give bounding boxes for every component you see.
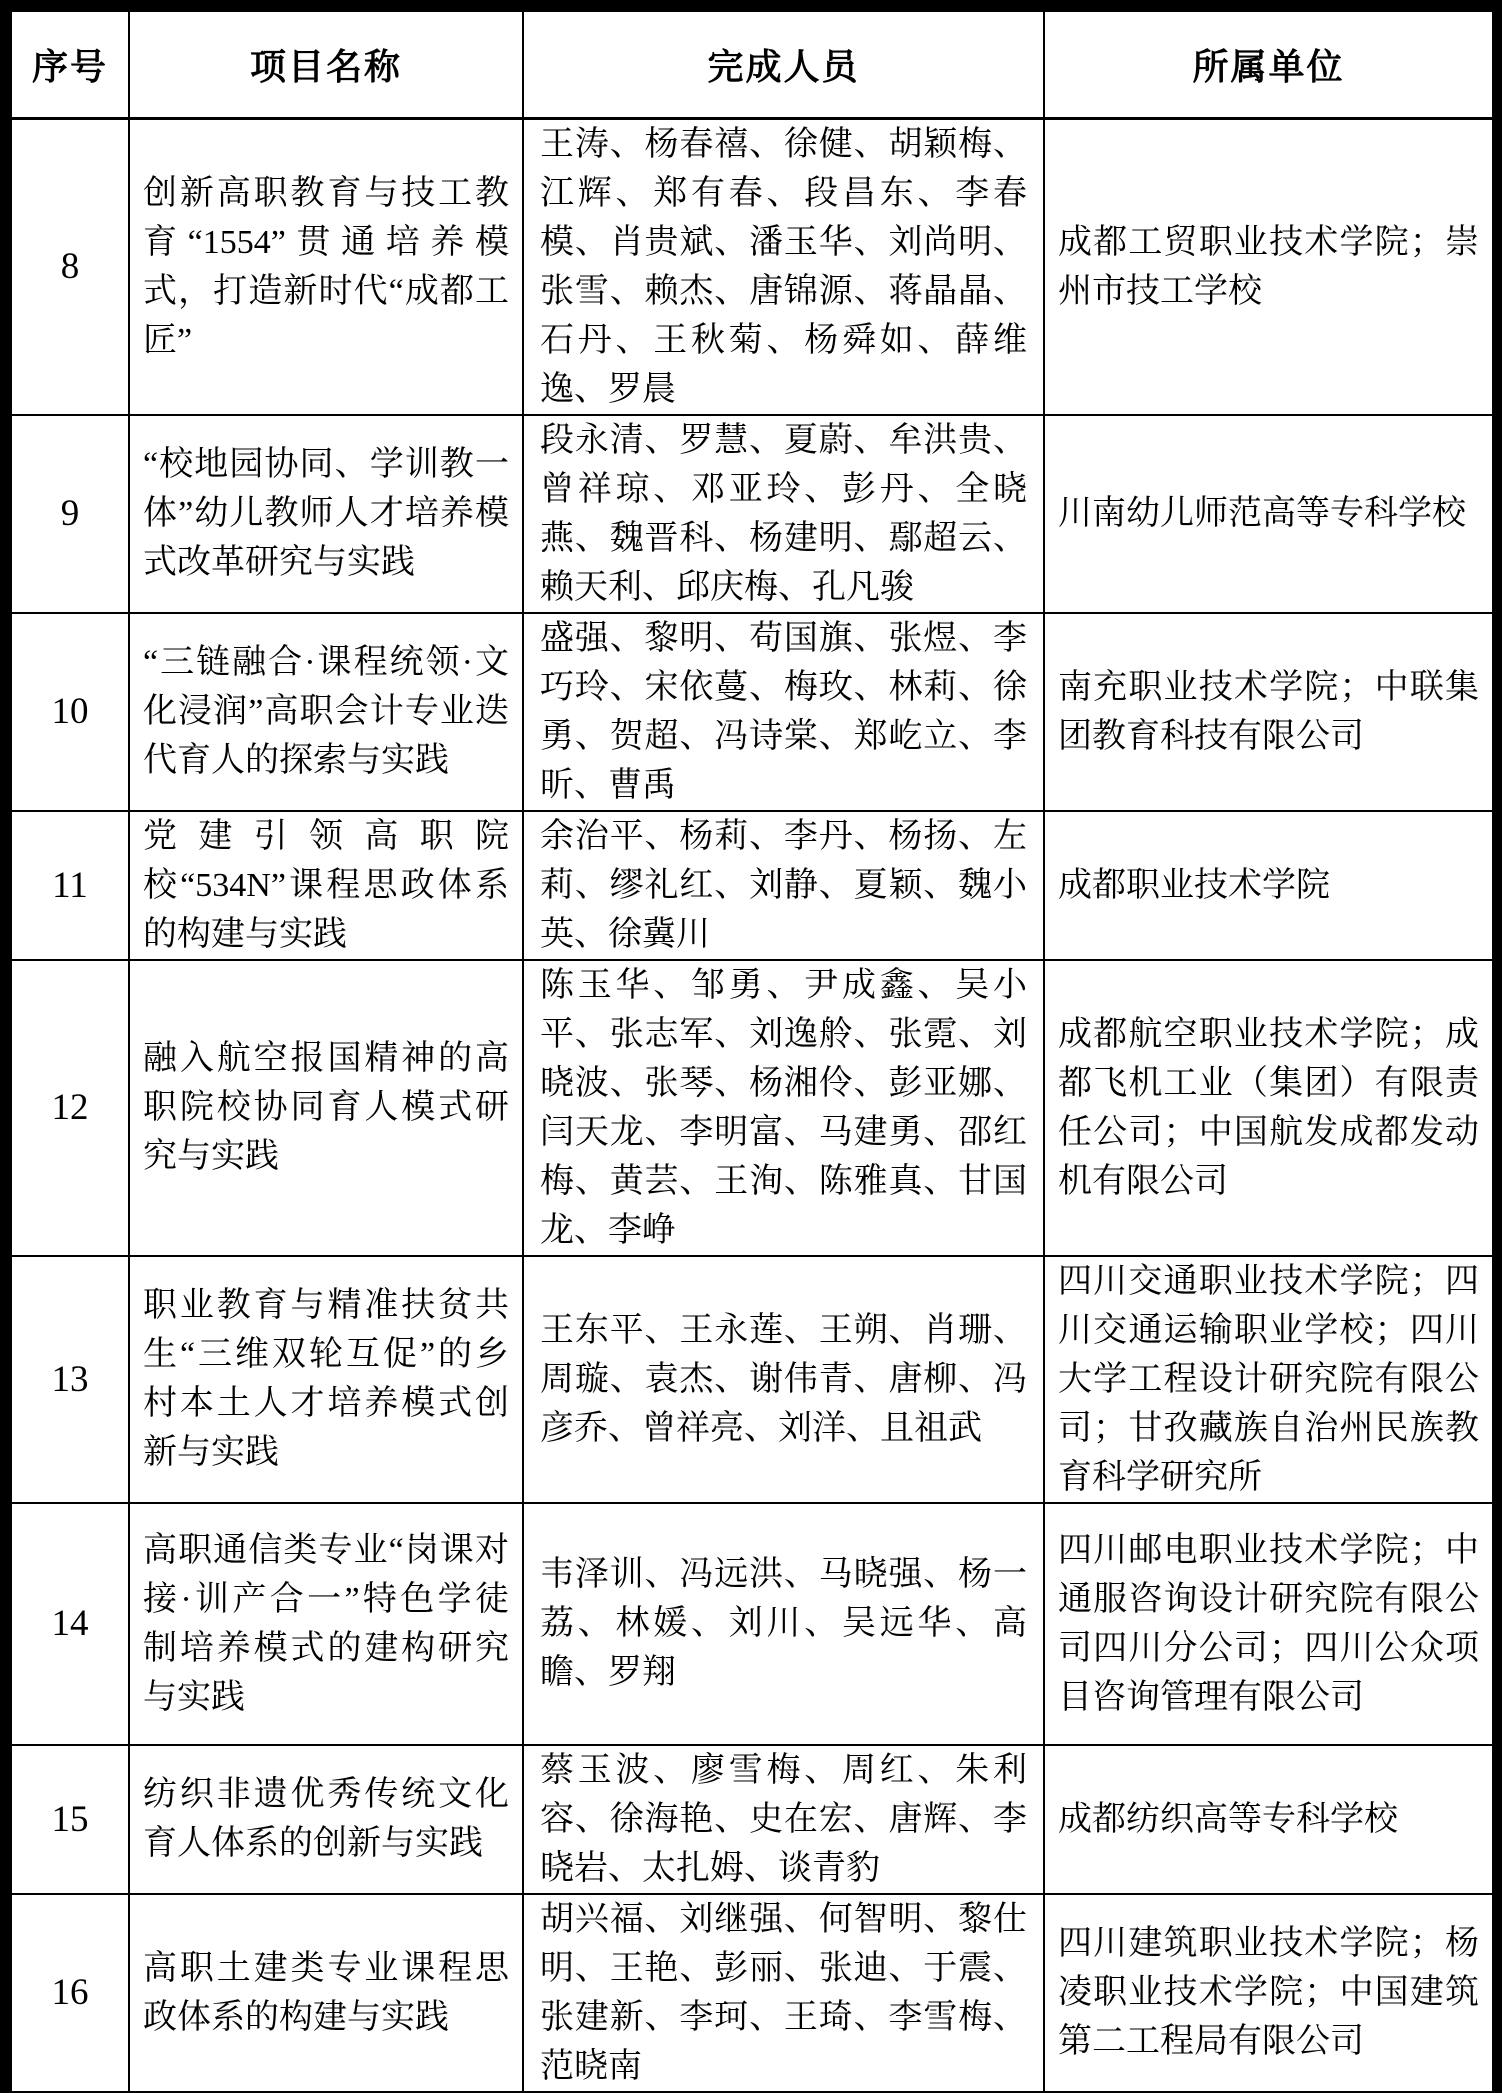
project-unit: 南充职业技术学院；中联集团教育科技有限公司 bbox=[1044, 613, 1493, 811]
project-members: 段永清、罗慧、夏蔚、牟洪贵、曾祥琼、邓亚玲、彭丹、全晓燕、魏晋科、杨建明、鄢超云… bbox=[523, 415, 1044, 613]
project-unit: 四川建筑职业技术学院；杨凌职业技术学院；中国建筑第二工程局有限公司 bbox=[1044, 1894, 1493, 2092]
col-header-project-name: 项目名称 bbox=[129, 11, 523, 118]
project-members: 陈玉华、邹勇、尹成鑫、吴小平、张志军、刘逸舲、张霓、刘晓波、张琴、杨湘伶、彭亚娜… bbox=[523, 960, 1044, 1256]
document-page: 序号 项目名称 完成人员 所属单位 8 创新高职教育与技工教育“1554”贯通培… bbox=[10, 10, 1492, 2054]
project-members: 余治平、杨莉、李丹、杨扬、左莉、缪礼红、刘静、夏颖、魏小英、徐冀川 bbox=[523, 811, 1044, 960]
project-name: 职业教育与精准扶贫共生“三维双轮互促”的乡村本土人才培养模式创新与实践 bbox=[129, 1256, 523, 1503]
col-header-unit: 所属单位 bbox=[1044, 11, 1493, 118]
row-number: 11 bbox=[11, 811, 129, 960]
row-number: 9 bbox=[11, 415, 129, 613]
project-name: 党建引领高职院校“534N”课程思政体系的构建与实践 bbox=[129, 811, 523, 960]
project-members: 韦泽训、冯远洪、马晓强、杨一荔、林媛、刘川、吴远华、高瞻、罗翔 bbox=[523, 1503, 1044, 1745]
project-unit: 成都纺织高等专科学校 bbox=[1044, 1745, 1493, 1894]
row-number: 13 bbox=[11, 1256, 129, 1503]
col-header-members: 完成人员 bbox=[523, 11, 1044, 118]
row-number: 8 bbox=[11, 118, 129, 415]
project-members: 王涛、杨春禧、徐健、胡颖梅、江辉、郑有春、段昌东、李春模、肖贵斌、潘玉华、刘尚明… bbox=[523, 118, 1044, 415]
row-number: 15 bbox=[11, 1745, 129, 1894]
project-members: 蔡玉波、廖雪梅、周红、朱利容、徐海艳、史在宏、唐辉、李晓岩、太扎姆、谈青豹 bbox=[523, 1745, 1044, 1894]
table-row: 8 创新高职教育与技工教育“1554”贯通培养模式，打造新时代“成都工匠” 王涛… bbox=[11, 118, 1493, 415]
table-row: 16 高职土建类专业课程思政体系的构建与实践 胡兴福、刘继强、何智明、黎仕明、王… bbox=[11, 1894, 1493, 2092]
project-unit: 四川邮电职业技术学院；中通服咨询设计研究院有限公司四川分公司；四川公众项目咨询管… bbox=[1044, 1503, 1493, 1745]
row-number: 12 bbox=[11, 960, 129, 1256]
project-members: 王东平、王永莲、王朔、肖珊、周璇、袁杰、谢伟青、唐柳、冯彦乔、曾祥亮、刘洋、且祖… bbox=[523, 1256, 1044, 1503]
row-number: 10 bbox=[11, 613, 129, 811]
table-row: 11 党建引领高职院校“534N”课程思政体系的构建与实践 余治平、杨莉、李丹、… bbox=[11, 811, 1493, 960]
project-name: 纺织非遗优秀传统文化育人体系的创新与实践 bbox=[129, 1745, 523, 1894]
project-members: 胡兴福、刘继强、何智明、黎仕明、王艳、彭丽、张迪、于震、张建新、李珂、王琦、李雪… bbox=[523, 1894, 1044, 2092]
project-members: 盛强、黎明、苟国旗、张煜、李巧玲、宋依蔓、梅玫、林莉、徐勇、贺超、冯诗棠、郑屹立… bbox=[523, 613, 1044, 811]
table-row: 13 职业教育与精准扶贫共生“三维双轮互促”的乡村本土人才培养模式创新与实践 王… bbox=[11, 1256, 1493, 1503]
table-row: 12 融入航空报国精神的高职院校协同育人模式研究与实践 陈玉华、邹勇、尹成鑫、吴… bbox=[11, 960, 1493, 1256]
project-name: “校地园协同、学训教一体”幼儿教师人才培养模式改革研究与实践 bbox=[129, 415, 523, 613]
table-header-row: 序号 项目名称 完成人员 所属单位 bbox=[11, 11, 1493, 118]
project-name: “三链融合·课程统领·文化浸润”高职会计专业迭代育人的探索与实践 bbox=[129, 613, 523, 811]
award-table: 序号 项目名称 完成人员 所属单位 8 创新高职教育与技工教育“1554”贯通培… bbox=[10, 10, 1494, 2093]
project-unit: 四川交通职业技术学院；四川交通运输职业学校；四川大学工程设计研究院有限公司；甘孜… bbox=[1044, 1256, 1493, 1503]
row-number: 14 bbox=[11, 1503, 129, 1745]
project-unit: 川南幼儿师范高等专科学校 bbox=[1044, 415, 1493, 613]
project-name: 融入航空报国精神的高职院校协同育人模式研究与实践 bbox=[129, 960, 523, 1256]
project-name: 高职土建类专业课程思政体系的构建与实践 bbox=[129, 1894, 523, 2092]
row-number: 16 bbox=[11, 1894, 129, 2092]
table-row: 9 “校地园协同、学训教一体”幼儿教师人才培养模式改革研究与实践 段永清、罗慧、… bbox=[11, 415, 1493, 613]
project-unit: 成都职业技术学院 bbox=[1044, 811, 1493, 960]
project-name: 高职通信类专业“岗课对接·训产合一”特色学徒制培养模式的建构研究与实践 bbox=[129, 1503, 523, 1745]
table-row: 15 纺织非遗优秀传统文化育人体系的创新与实践 蔡玉波、廖雪梅、周红、朱利容、徐… bbox=[11, 1745, 1493, 1894]
project-unit: 成都航空职业技术学院；成都飞机工业（集团）有限责任公司；中国航发成都发动机有限公… bbox=[1044, 960, 1493, 1256]
table-row: 10 “三链融合·课程统领·文化浸润”高职会计专业迭代育人的探索与实践 盛强、黎… bbox=[11, 613, 1493, 811]
project-unit: 成都工贸职业技术学院；崇州市技工学校 bbox=[1044, 118, 1493, 415]
col-header-index: 序号 bbox=[11, 11, 129, 118]
project-name: 创新高职教育与技工教育“1554”贯通培养模式，打造新时代“成都工匠” bbox=[129, 118, 523, 415]
table-row: 14 高职通信类专业“岗课对接·训产合一”特色学徒制培养模式的建构研究与实践 韦… bbox=[11, 1503, 1493, 1745]
